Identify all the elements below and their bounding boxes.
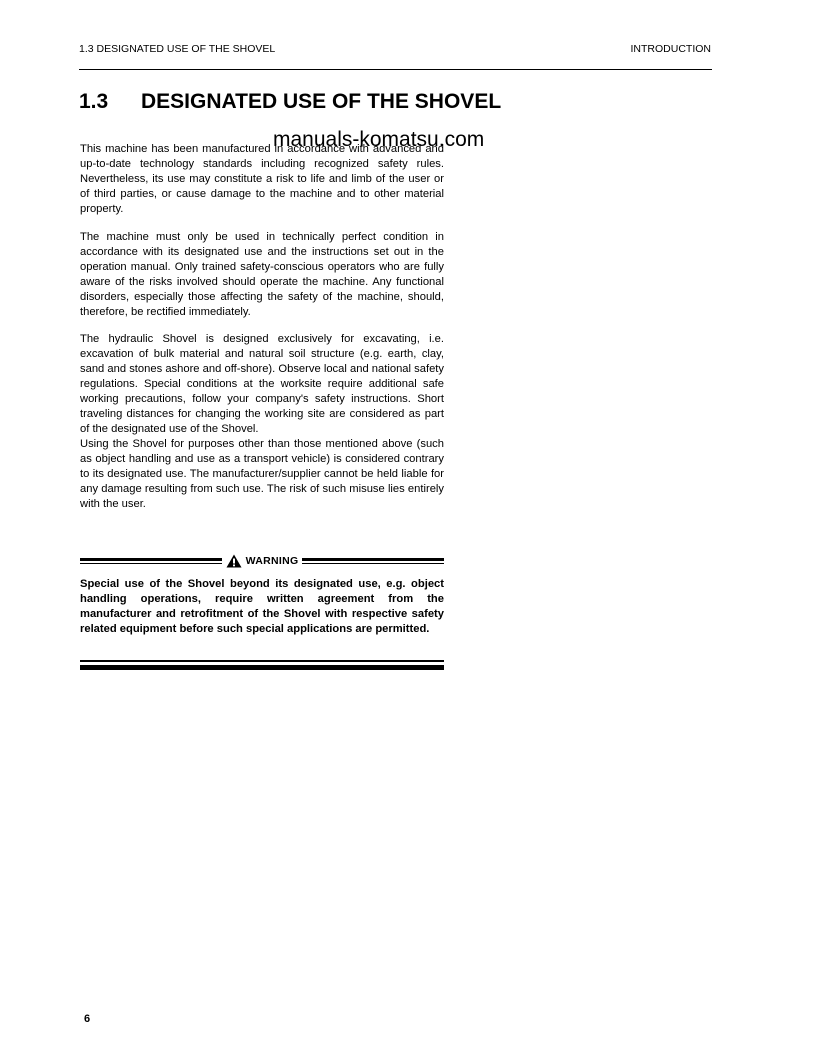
body-text: This machine has been manufactured in ac… — [80, 142, 444, 525]
header-divider — [79, 69, 712, 70]
paragraph-misuse: Using the Shovel for purposes other than… — [80, 437, 444, 512]
paragraph-condition: The machine must only be used in technic… — [80, 230, 444, 320]
section-title: 1.3DESIGNATED USE OF THE SHOVEL — [79, 90, 501, 114]
warning-header: WARNING — [80, 553, 444, 569]
watermark: manuals-komatsu.com — [273, 128, 484, 152]
section-number: 1.3 — [79, 90, 141, 114]
paragraph-intro: This machine has been manufactured in ac… — [80, 142, 444, 217]
page-number: 6 — [84, 1013, 90, 1025]
warning-footer-rule — [80, 660, 444, 670]
warning-rule-left — [80, 558, 222, 565]
running-header-chapter: INTRODUCTION — [631, 43, 712, 55]
section-heading-text: DESIGNATED USE OF THE SHOVEL — [141, 90, 501, 113]
warning-rule-right — [302, 558, 444, 565]
paragraph-designated-use: The hydraulic Shovel is designed exclusi… — [80, 332, 444, 437]
warning-text: Special use of the Shovel beyond its des… — [80, 577, 444, 637]
warning-label: WARNING — [246, 555, 299, 567]
running-header-section: 1.3 DESIGNATED USE OF THE SHOVEL — [79, 43, 275, 55]
warning-triangle-icon — [226, 554, 242, 568]
